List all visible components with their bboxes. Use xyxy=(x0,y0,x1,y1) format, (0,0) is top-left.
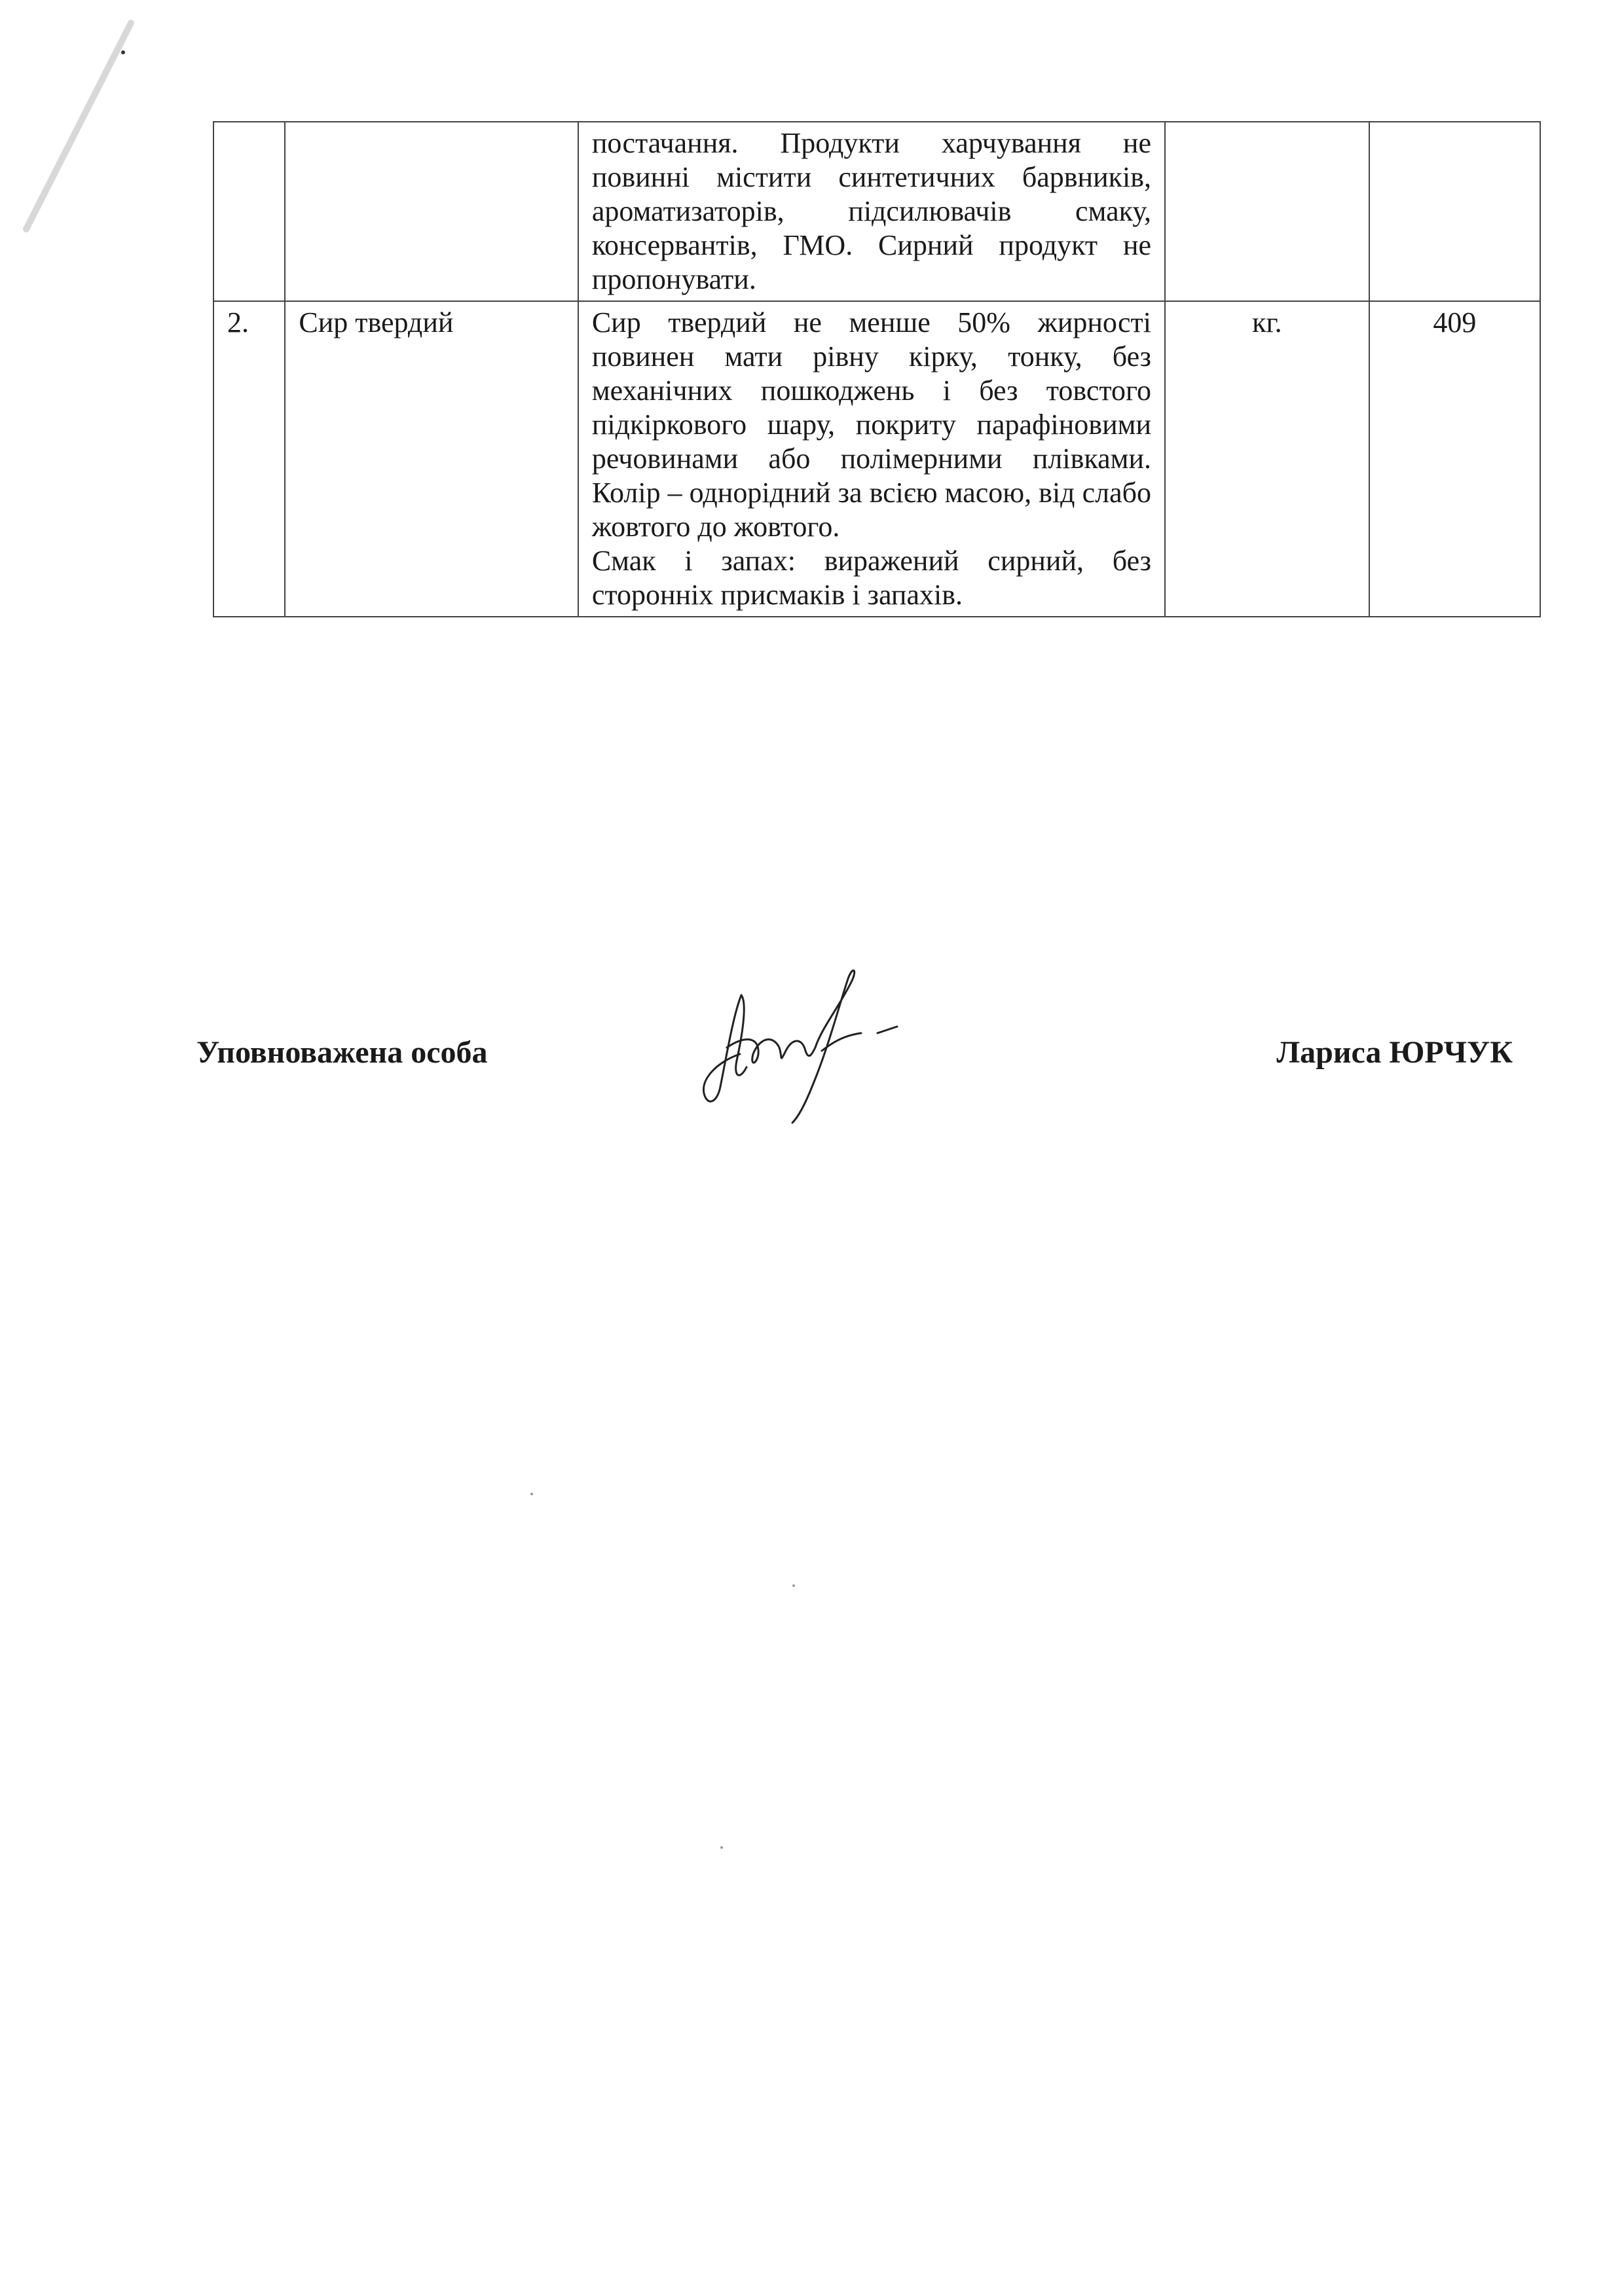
unit-cell: кг. xyxy=(1165,301,1369,617)
scan-speck xyxy=(720,1846,723,1849)
description-cell: Сир твердий не менше 50% жирності повине… xyxy=(578,301,1165,617)
description-text: Сир твердий не менше 50% жирності повине… xyxy=(592,306,1151,544)
scan-edge-mark xyxy=(20,20,151,236)
unit-cell xyxy=(1165,122,1369,301)
product-name-cell xyxy=(285,122,578,301)
table-row: 2. Сир твердий Сир твердий не менше 50% … xyxy=(213,301,1540,617)
handwritten-signature-icon xyxy=(681,956,995,1126)
description-cell: постачання. Продукти харчування не повин… xyxy=(578,122,1165,301)
row-number-cell xyxy=(213,122,285,301)
quantity-cell: 409 xyxy=(1369,301,1540,617)
description-text: постачання. Продукти харчування не повин… xyxy=(592,126,1151,297)
description-text: Смак і запах: виражений сирний, без стор… xyxy=(592,544,1151,612)
product-name-cell: Сир твердий xyxy=(285,301,578,617)
quantity-cell xyxy=(1369,122,1540,301)
table-row: постачання. Продукти харчування не повин… xyxy=(213,122,1540,301)
signatory-name: Лариса ЮРЧУК xyxy=(1276,1034,1513,1070)
signatory-role: Уповноважена особа xyxy=(196,1034,488,1070)
scan-speck xyxy=(792,1584,795,1587)
scan-speck xyxy=(530,1493,533,1495)
specification-table: постачання. Продукти харчування не повин… xyxy=(213,121,1541,617)
row-number-cell: 2. xyxy=(213,301,285,617)
